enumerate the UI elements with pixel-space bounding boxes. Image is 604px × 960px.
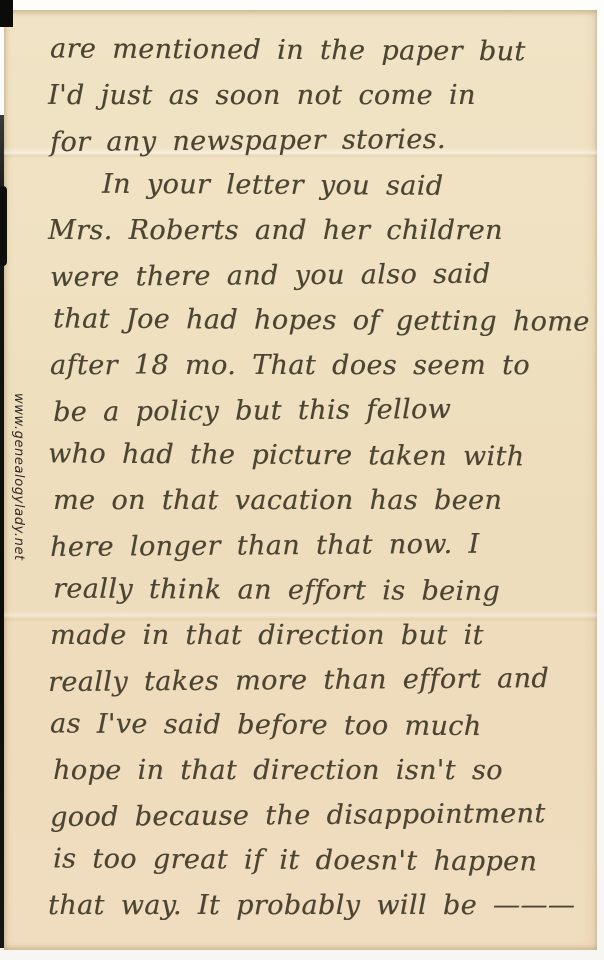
letter-line: were there and you also said bbox=[50, 251, 571, 300]
scan-viewport: are mentioned in the paper butI'd just a… bbox=[0, 0, 604, 960]
letter-line: made in that direction but it bbox=[50, 613, 571, 658]
letter-line: that way. It probably will be ——— bbox=[48, 883, 571, 928]
letter-paragraph: are mentioned in the paper butI'd just a… bbox=[50, 28, 571, 163]
letter-line: who had the picture taken with bbox=[48, 431, 571, 479]
letter-line: I'd just as soon not come in bbox=[48, 73, 571, 118]
letter-line: here longer than that now. I bbox=[50, 521, 571, 570]
letter-paragraph: In your letter you saidMrs. Roberts and … bbox=[50, 163, 571, 928]
letter-line: really takes more than effort and bbox=[48, 656, 571, 705]
scan-corner-artifact bbox=[0, 0, 13, 27]
letter-line: be a policy but this fellow bbox=[53, 386, 571, 435]
watermark-text: www.genealogylady.net bbox=[11, 393, 26, 561]
letter-line: after 18 mo. That does seem to bbox=[50, 343, 571, 388]
letter-line: that Joe had hopes of getting home bbox=[53, 296, 571, 344]
letter-line: good because the disappointment bbox=[50, 791, 571, 840]
letter-line: Mrs. Roberts and her children bbox=[48, 208, 571, 253]
letter-page: are mentioned in the paper butI'd just a… bbox=[4, 10, 597, 950]
letter-line: really think an effort is being bbox=[53, 566, 571, 614]
letter-line: is too great if it doesn't happen bbox=[53, 836, 571, 884]
letter-line: me on that vacation has been bbox=[53, 478, 571, 523]
letter-line: for any newspaper stories. bbox=[50, 116, 571, 165]
letter-line: In your letter you said bbox=[50, 161, 571, 209]
letter-line: are mentioned in the paper but bbox=[50, 26, 571, 74]
scan-edge-blob bbox=[0, 186, 7, 266]
letter-body: are mentioned in the paper butI'd just a… bbox=[4, 10, 597, 928]
letter-line: hope in that direction isn't so bbox=[53, 748, 571, 793]
letter-line: as I've said before too much bbox=[50, 701, 571, 749]
